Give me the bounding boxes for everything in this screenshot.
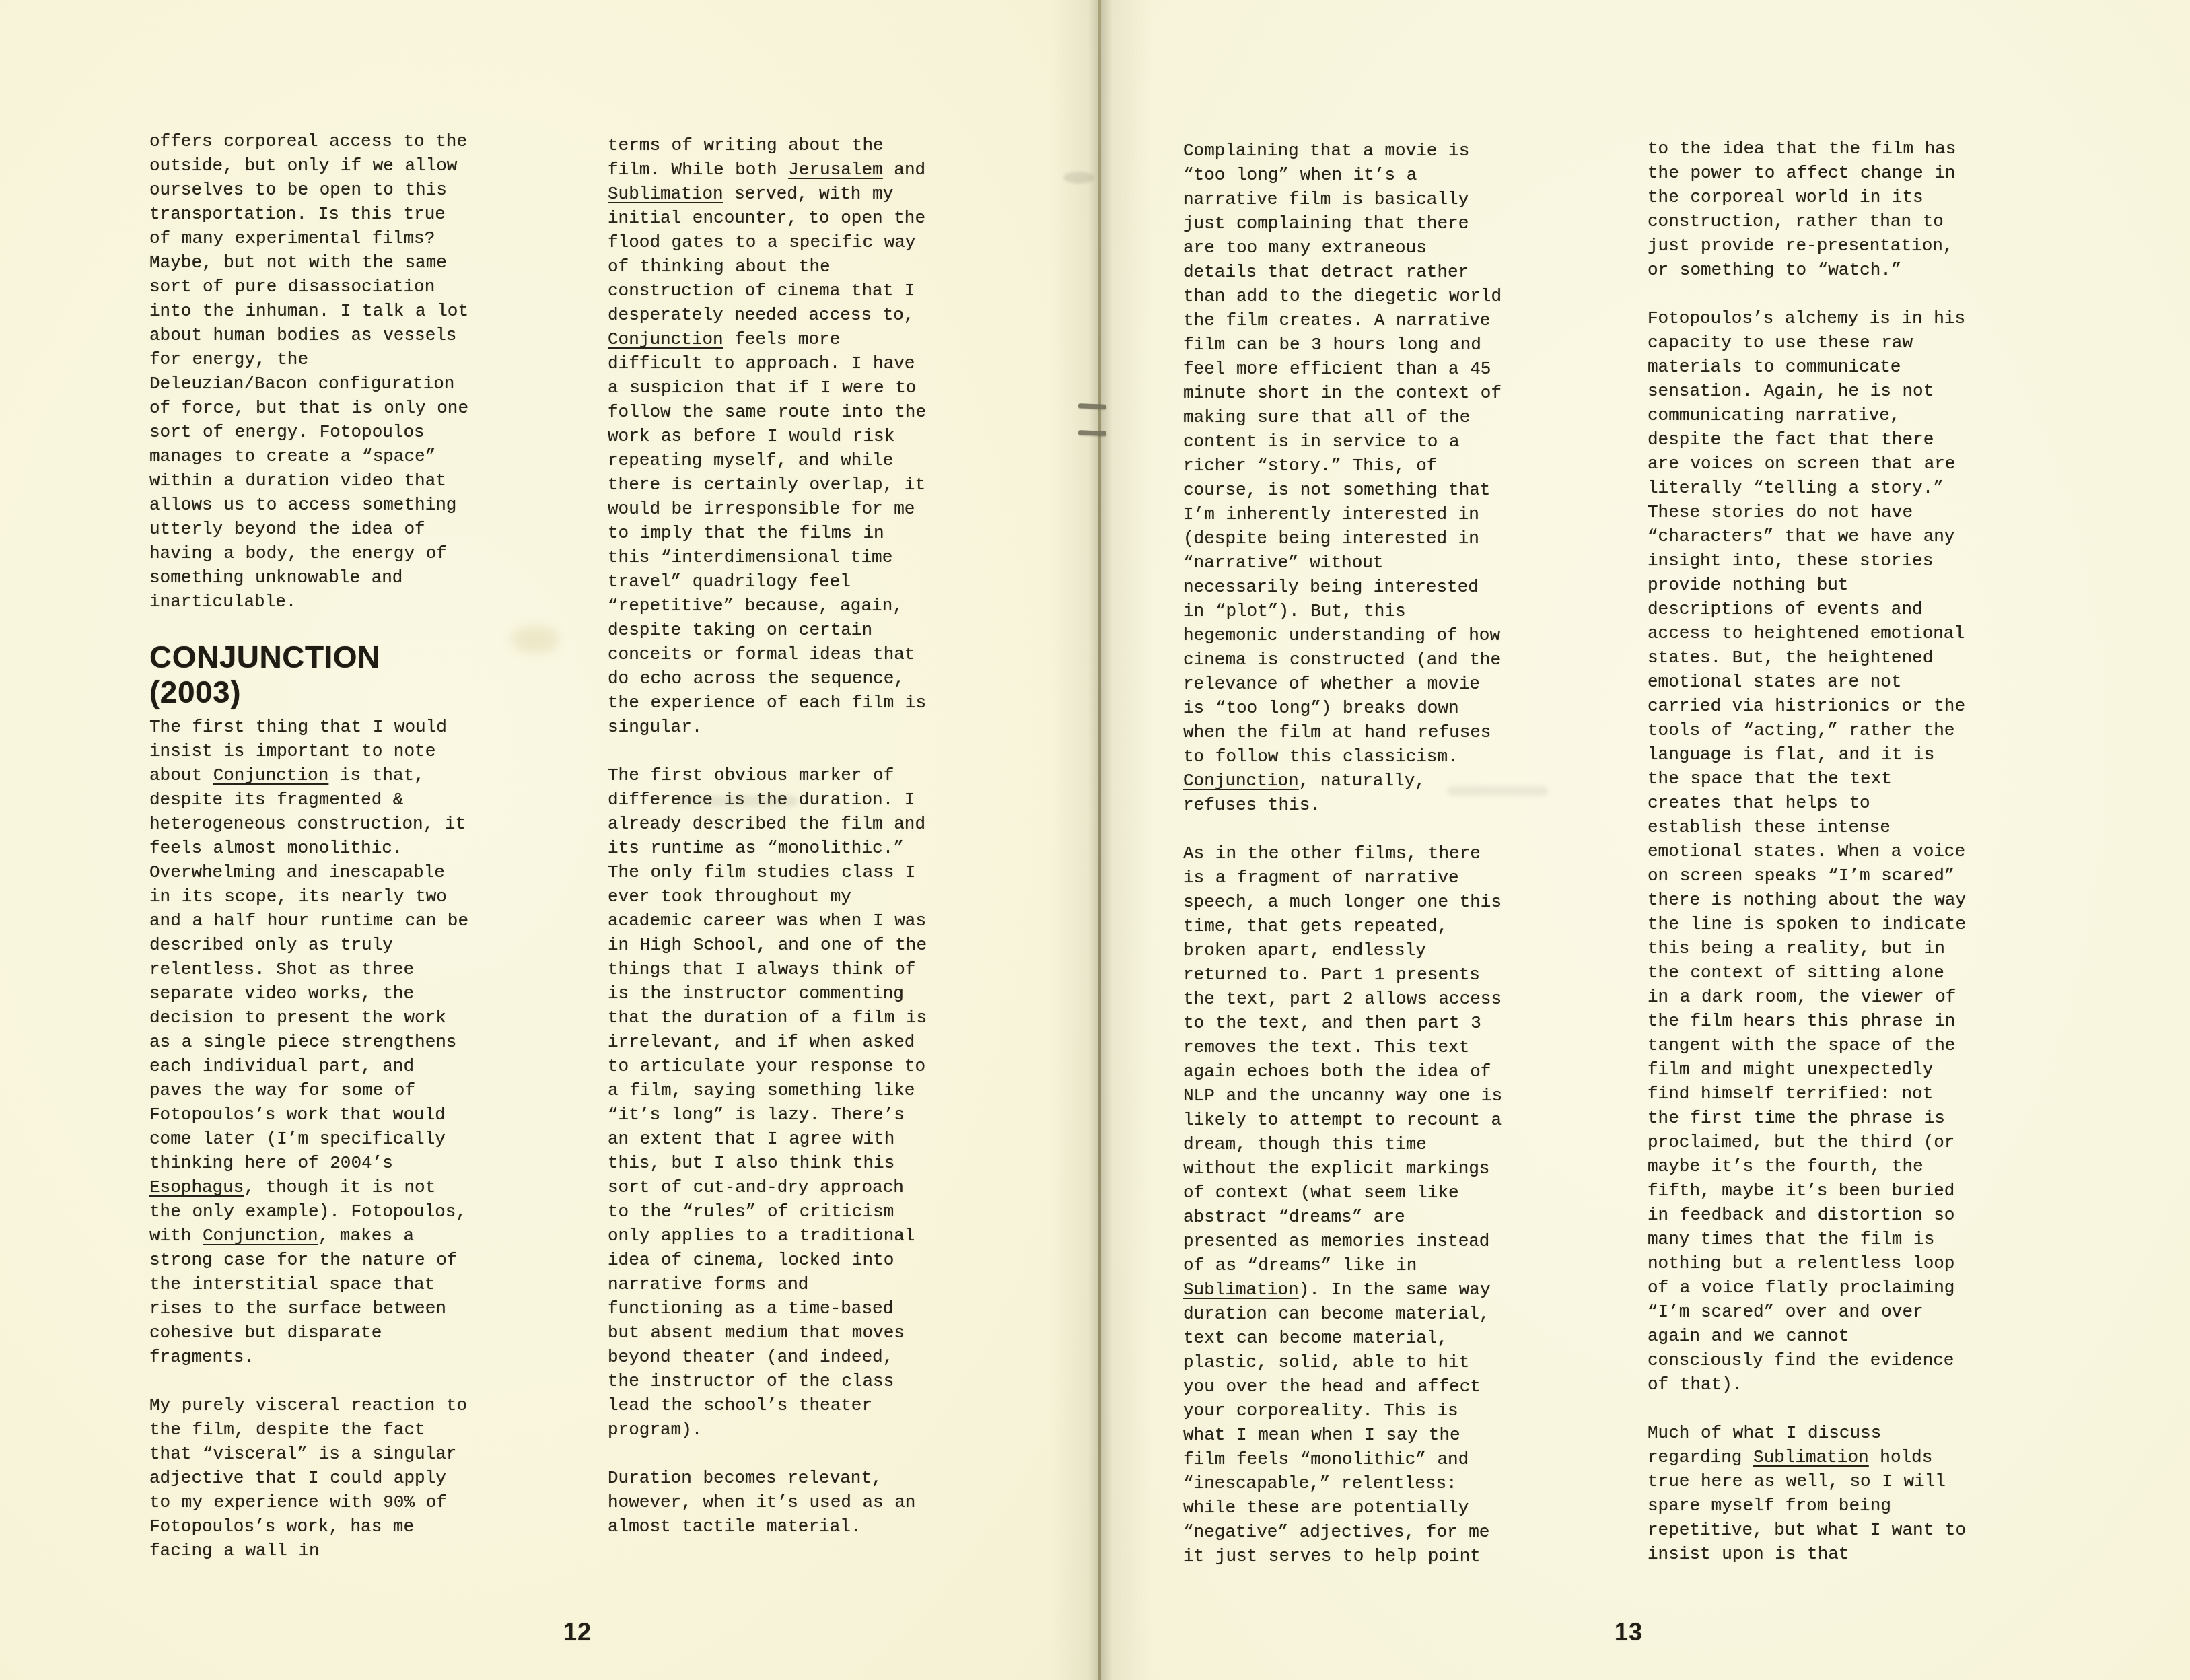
page-12-column-2: terms of writing about the film. While b… (608, 133, 929, 1563)
paragraph: The first obvious marker of difference i… (608, 763, 929, 1442)
page-13-column-2: to the idea that the film has the power … (1648, 137, 1969, 1590)
underlined-film-title: Conjunction (608, 329, 723, 349)
paragraph: Duration becomes relevant, however, when… (608, 1466, 929, 1539)
paragraph: terms of writing about the film. While b… (608, 133, 929, 739)
underlined-film-title: Conjunction (203, 1226, 318, 1246)
underlined-film-title: Jerusalem (788, 160, 882, 180)
page-13: Complaining that a movie is “too long” w… (1098, 0, 2190, 1680)
binding-fold-line (1098, 0, 1101, 1680)
paragraph: The first thing that I would insist is i… (149, 715, 471, 1369)
underlined-film-title: Conjunction (1183, 771, 1299, 791)
staple (1078, 403, 1106, 409)
paragraph: Much of what I discuss regarding Sublima… (1648, 1421, 1969, 1566)
underlined-film-title: Sublimation (1753, 1447, 1869, 1467)
page-12: offers corporeal access to the outside, … (0, 0, 1098, 1680)
paragraph: Complaining that a movie is “too long” w… (1183, 139, 1505, 817)
scanned-book-spread: { "document": { "kind": "scanned typewri… (0, 0, 2190, 1680)
underlined-film-title: Sublimation (1183, 1280, 1299, 1300)
paragraph: My purely visceral reaction to the film,… (149, 1393, 471, 1563)
paragraph: As in the other films, there is a fragme… (1183, 841, 1505, 1568)
underlined-film-title: Esophagus (149, 1177, 244, 1197)
page-number-13: 13 (1615, 1618, 1643, 1646)
staple (1078, 430, 1106, 435)
underlined-film-title: Sublimation (608, 184, 723, 204)
section-heading: CONJUNCTION(2003) (149, 639, 471, 709)
paragraph: offers corporeal access to the outside, … (149, 129, 471, 614)
paragraph: Fotopoulos’s alchemy is in his capacity … (1648, 306, 1969, 1397)
underlined-film-title: Conjunction (213, 765, 329, 785)
paragraph: to the idea that the film has the power … (1648, 137, 1969, 282)
page-13-column-1: Complaining that a movie is “too long” w… (1183, 139, 1505, 1593)
page-12-column-1: offers corporeal access to the outside, … (149, 129, 471, 1587)
page-number-12: 12 (563, 1618, 592, 1646)
